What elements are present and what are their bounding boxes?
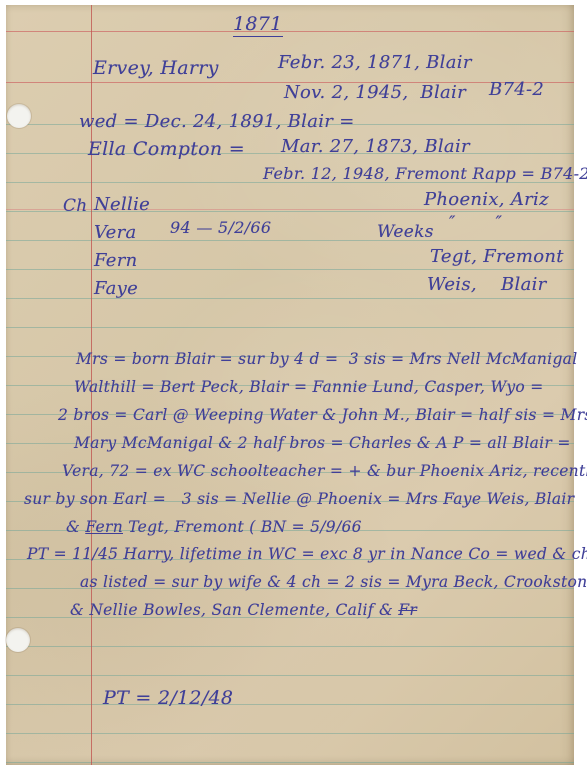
harry-note-line3-struck-text: Fr <box>398 601 417 619</box>
spouse-name: Ella Compton = <box>88 139 245 160</box>
child-residence-ditto: ″ ″ <box>449 214 502 233</box>
hole-punch-bottom <box>6 628 30 652</box>
harry-note-line: as listed = sur by wife & 4 ch = 2 sis =… <box>80 574 587 591</box>
wife-note-line7-rest: Tegt, Fremont ( BN = 5/9/66 <box>123 518 362 536</box>
hole-punch-top <box>7 104 31 128</box>
entry-ref-code: B74-2 <box>489 80 544 100</box>
entry-death-date: Nov. 2, 1945, Blair <box>284 83 466 103</box>
wife-note-line: sur by son Earl = 3 sis = Nellie @ Phoen… <box>24 491 574 508</box>
children-label: Ch <box>63 197 88 216</box>
child-dates: 94 — 5/2/66 <box>170 219 271 237</box>
wife-note-line7-prefix: & <box>66 518 85 536</box>
entry-name: Ervey, Harry <box>93 58 219 79</box>
child-name: Nellie <box>94 195 150 215</box>
wife-note-line: 2 bros = Carl @ Weeping Water & John M.,… <box>58 407 587 424</box>
wife-note-line: Vera, 72 = ex WC schoolteacher = + & bur… <box>62 463 587 480</box>
child-married-name: Weeks <box>377 223 434 242</box>
entry-marriage: wed = Dec. 24, 1891, Blair = <box>79 112 355 132</box>
footer-note: PT = 2/12/48 <box>103 688 233 709</box>
child-residence: Tegt, Fremont <box>430 247 564 267</box>
entry-birth-date: Febr. 23, 1871, Blair <box>278 53 472 73</box>
child-residence: Phoenix, Ariz <box>424 190 549 210</box>
wife-note-line7-underlined-name: Fern <box>85 518 123 536</box>
wife-note-line: Walthill = Bert Peck, Blair = Fannie Lun… <box>74 379 544 396</box>
child-residence: Weis, Blair <box>427 275 547 295</box>
harry-note-line3-main: & Nellie Bowles, San Clemente, Calif & <box>70 601 398 619</box>
spouse-death-date: Febr. 12, 1948, Fremont Rapp = B74-2 <box>263 165 587 183</box>
child-name: Vera <box>94 223 137 243</box>
harry-note-line: & Nellie Bowles, San Clemente, Calif & F… <box>70 602 417 619</box>
wife-note-line: Mary McManigal & 2 half bros = Charles &… <box>74 435 571 452</box>
spouse-birth-date: Mar. 27, 1873, Blair <box>281 137 470 157</box>
wife-note-line: & Fern Tegt, Fremont ( BN = 5/9/66 <box>66 519 362 536</box>
wife-note-line: Mrs = born Blair = sur by 4 d = 3 sis = … <box>76 351 577 368</box>
harry-note-line: PT = 11/45 Harry, lifetime in WC = exc 8… <box>27 546 587 563</box>
year-heading: 1871 <box>233 14 283 37</box>
child-name: Fern <box>94 251 138 271</box>
child-name: Faye <box>94 279 138 299</box>
scanned-ledger-page: { "ink_color": "#3f3f98", "paper_color":… <box>0 0 587 768</box>
